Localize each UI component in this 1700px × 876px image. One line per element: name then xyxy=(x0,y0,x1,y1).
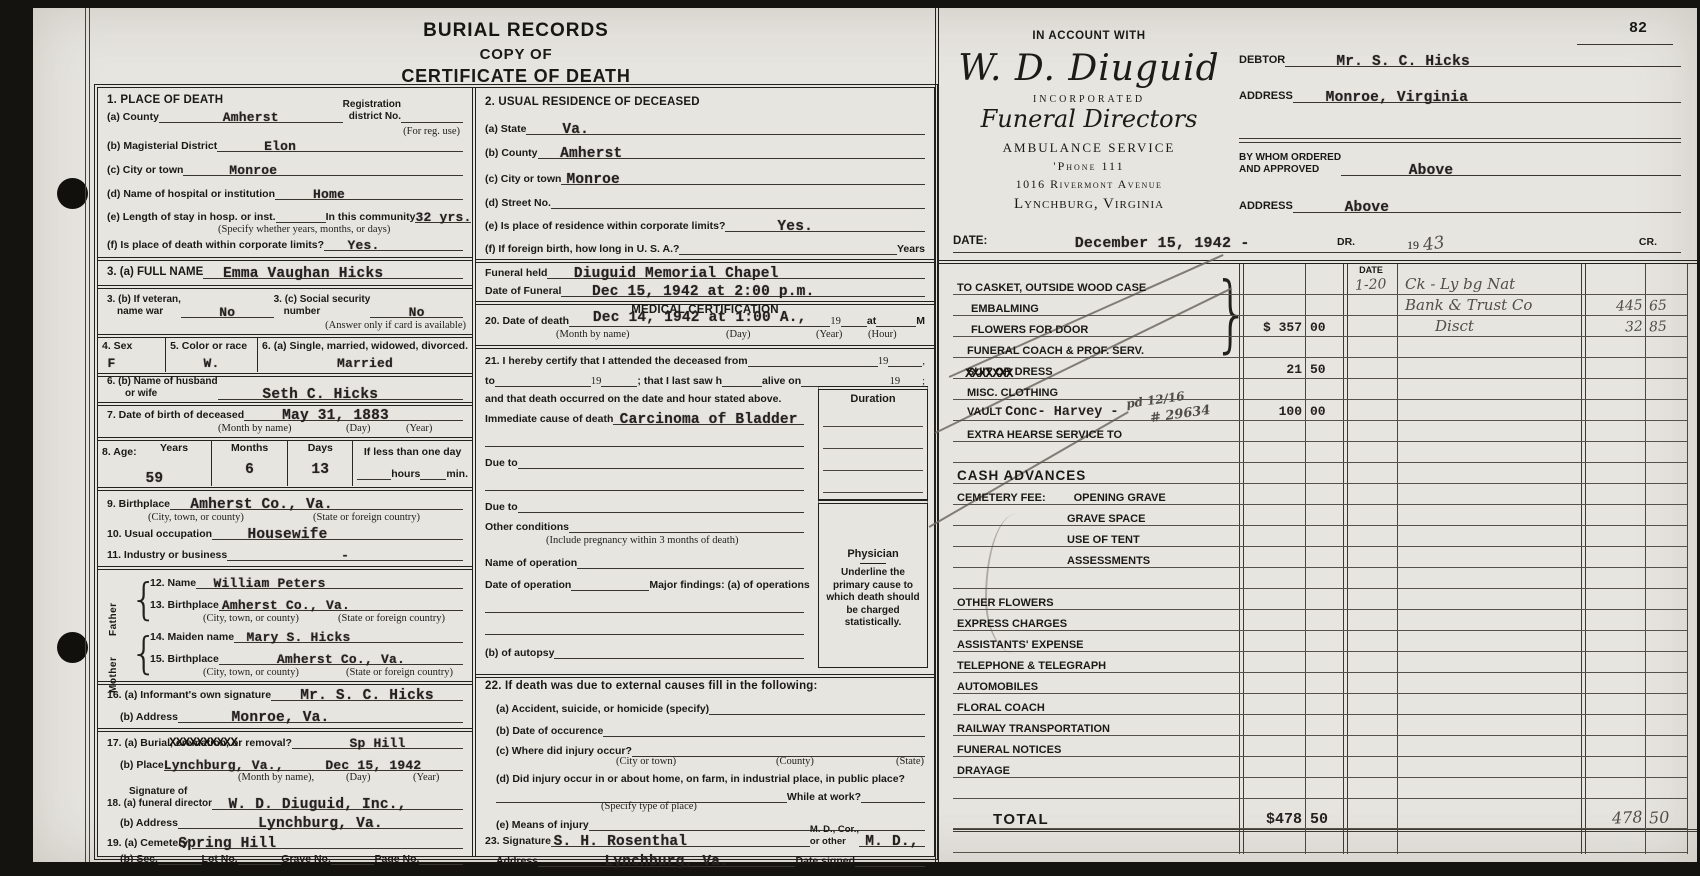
father-birthplace-value: Amherst Co., Va. xyxy=(222,598,350,613)
ledger-row xyxy=(939,442,1697,463)
while-at-work-line xyxy=(861,787,925,803)
foreign-birth-line xyxy=(679,239,897,255)
father-name-line: William Peters xyxy=(196,573,463,589)
certificate-of-death: BURIAL RECORDS COPY OF CERTIFICATE OF DE… xyxy=(95,8,937,862)
ledger-item-label: VAULT xyxy=(967,406,1002,418)
full-name-line: Emma Vaughan Hicks xyxy=(203,263,463,279)
min-line xyxy=(420,464,446,480)
date-of-birth-line: May 31, 1883 xyxy=(244,405,463,421)
physician-heading: Physician xyxy=(819,548,927,560)
duration-cell-line xyxy=(823,449,923,471)
struck-label-wrap: SUIT OR DRESSXXXXXXX xyxy=(967,366,1053,378)
foreign-birth-years-label: Years xyxy=(897,243,925,255)
county-value: Amherst xyxy=(223,110,279,125)
husband-wife-label: 6. (b) Name of husband or wife xyxy=(107,376,218,400)
means-of-injury-label: (e) Means of injury xyxy=(496,819,589,831)
md-cor-label: M. D., Cor., or other xyxy=(810,824,859,847)
ledger-row xyxy=(939,832,1697,853)
operation-name-line xyxy=(577,553,804,569)
due-to-1-row: Due to xyxy=(485,454,804,469)
operation-name-row: Name of operation xyxy=(485,554,804,569)
dr-cents-value: 00 xyxy=(1310,320,1326,335)
while-at-work-row: While at work? xyxy=(496,788,925,803)
occupation-value: Housewife xyxy=(247,527,327,543)
length-of-stay-row: (e) Length of stay in hosp. or inst. In … xyxy=(107,208,463,223)
street-no-label: (d) Street No. xyxy=(485,197,551,209)
physician-address-line: Lynchburg, Va. xyxy=(538,851,795,867)
autopsy-label: (b) of autopsy xyxy=(485,647,554,659)
md-value: M. D., xyxy=(865,834,918,850)
age-years-value: 59 xyxy=(146,471,164,487)
due-to-1-line xyxy=(518,453,804,469)
vault-typed-value: Conc- Harvey - xyxy=(1005,405,1118,420)
ledger-item xyxy=(953,852,1241,853)
ledger-row: VAULT Conc- Harvey - pd 12/16 # 29634 10… xyxy=(939,400,1697,421)
registration-label-line2: district No. xyxy=(343,111,401,123)
burial-place-label: (b) Place xyxy=(120,759,164,771)
veteran-label-line2: name war xyxy=(107,306,181,318)
race-cell: 5. Color or race W. xyxy=(166,338,258,372)
ledger-item: FLOWERS FOR DOOR xyxy=(953,324,1241,337)
ledger-item-sublabel: USE OF TENT xyxy=(1067,534,1140,546)
certify-line1-row: 21. I hereby certify that I attended the… xyxy=(485,352,925,367)
street-no-line xyxy=(551,193,925,209)
city-or-town-value: Monroe xyxy=(229,163,277,178)
informant-address-row: (b) Address Monroe, Va. xyxy=(120,708,463,723)
mother-birthplace-value: Amherst Co., Va. xyxy=(277,652,405,667)
total-label: TOTAL xyxy=(993,811,1049,828)
ledger-item: ASSESSMENTS xyxy=(953,555,1241,568)
dob-year-hint: (Year) xyxy=(406,423,432,434)
ledger-item-label: EXTRA HEARSE SERVICE TO xyxy=(967,429,1122,441)
mother-birthplace-label: 15. Birthplace xyxy=(150,653,219,665)
ledger-item: TELEPHONE & TELEGRAPH xyxy=(953,660,1241,673)
cause-of-death-label: Immediate cause of death xyxy=(485,413,613,425)
physician-address-label: Address xyxy=(496,855,538,867)
ledger-item: SUIT OR DRESSXXXXXXX xyxy=(953,366,1241,379)
injury-county-hint: (County) xyxy=(776,756,814,767)
cr-dollars xyxy=(1583,852,1645,853)
industry-value: - xyxy=(341,548,349,563)
signature-line: S. H. Rosenthal xyxy=(551,831,810,847)
full-name-label: 3. (a) FULL NAME xyxy=(107,266,203,279)
ordered-by-value: Above xyxy=(1409,163,1454,179)
incorporated-label: INCORPORATED xyxy=(939,94,1239,105)
cr-dollars: 445 xyxy=(1583,297,1645,316)
ledger-item: MISC. CLOTHING xyxy=(953,387,1241,400)
separator xyxy=(98,487,472,491)
debtor-row: DEBTOR Mr. S. C. Hicks xyxy=(1239,52,1681,67)
total-dr-dollars: $478 xyxy=(1241,810,1305,829)
other-conditions-label: Other conditions xyxy=(485,521,569,533)
dr-cents: 00 xyxy=(1305,402,1345,421)
age-years-cell: 8. Age: Years 59 xyxy=(98,440,212,486)
age-months-value: 6 xyxy=(245,462,254,478)
total-dr-cents: 50 xyxy=(1305,810,1345,829)
cr-date-value: 1-20 xyxy=(1355,276,1387,294)
certify-19b: 19 xyxy=(591,376,602,387)
birthplace-row: 9. Birthplace Amherst Co., Va. xyxy=(107,495,463,510)
ledger-item-label: AUTOMOBILES xyxy=(957,681,1038,693)
ledger-item: USE OF TENT xyxy=(953,534,1241,547)
dr-dollars: 100 xyxy=(1241,402,1305,421)
funeral-director-label: Signature of 18. (a) funeral director xyxy=(107,786,212,810)
certify-line3-label: and that death occurred on the date and … xyxy=(485,393,781,405)
duration-cell-line xyxy=(823,405,923,427)
debtor-address-value: Monroe, Virginia xyxy=(1326,90,1468,106)
state-value: Va. xyxy=(562,122,589,138)
statement-date-holder: December 15, 1942 - xyxy=(987,233,1337,248)
separator xyxy=(98,728,472,732)
registration-district-label: Registration district No. xyxy=(343,99,401,123)
ledger-item-label: TELEPHONE & TELEGRAPH xyxy=(957,660,1106,672)
dr-dollars-value: $ 357 xyxy=(1263,320,1302,335)
residence-county-row: (b) County Amherst xyxy=(485,144,925,159)
dr-dollars-value: 100 xyxy=(1279,404,1302,419)
dr-cents: 00 xyxy=(1305,318,1345,337)
ledger-row: EXTRA HEARSE SERVICE TO xyxy=(939,421,1697,442)
ledger-item-label: FLOWERS FOR DOOR xyxy=(971,324,1088,336)
sec-lot-grave-row: (b) Sec. Lot No. Grave No. Page No. xyxy=(120,850,463,865)
cemetery-row: 19. (a) Cemetery: Spring Hill xyxy=(107,834,463,849)
date-of-birth-value: May 31, 1883 xyxy=(282,408,389,424)
means-of-injury-row: (e) Means of injury xyxy=(496,816,925,831)
hospital-line: Home xyxy=(275,184,463,200)
dr-dollars xyxy=(1241,852,1305,853)
hospital-value: Home xyxy=(313,187,345,202)
dr-cents xyxy=(1305,852,1345,853)
findings-blank-row xyxy=(485,598,804,613)
residence-city-label: (c) City or town xyxy=(485,173,561,185)
ledger-row: AUTOMOBILES xyxy=(939,673,1697,694)
dod-year-hint: (Year) xyxy=(816,329,842,340)
date-of-funeral-value: Dec 15, 1942 at 2:00 p.m. xyxy=(592,284,815,300)
burial-place-line: Lynchburg, Va., xyxy=(164,755,284,771)
certify-h-line xyxy=(722,371,762,387)
fd-label-line2: 18. (a) funeral director xyxy=(107,798,212,810)
funeral-held-line: Diuguid Memorial Chapel xyxy=(547,263,925,279)
mother-birthplace-row: 15. Birthplace Amherst Co., Va. xyxy=(150,650,463,665)
occupation-label: 10. Usual occupation xyxy=(107,528,212,540)
veteran-ss-row: 3. (b) If veteran, name war No 3. (c) So… xyxy=(107,292,463,318)
separator xyxy=(476,674,934,678)
marital-status-value: Married xyxy=(337,356,393,371)
city-or-town-row: (c) City or town Monroe xyxy=(107,161,463,176)
accident-row: (a) Accident, suicide, or homicide (spec… xyxy=(496,700,925,715)
page-line xyxy=(419,849,463,865)
director-address-value: Lynchburg, Va. xyxy=(258,816,383,832)
industry-row: 11. Industry or business - xyxy=(107,546,463,561)
ledger-row: TO CASKET, OUTSIDE WOOD CASE 1-20 Ck - L… xyxy=(939,274,1697,295)
ordered-label-line2: AND APPROVED xyxy=(1239,164,1341,176)
birthplace-line: Amherst Co., Va. xyxy=(170,494,463,510)
ledger-item-label: EXPRESS CHARGES xyxy=(957,618,1067,630)
cr-dollars-value: 445 xyxy=(1616,297,1644,314)
months-col-label: Months xyxy=(216,442,284,454)
certify-line1-label: 21. I hereby certify that I attended the… xyxy=(485,355,748,367)
birthplace-value: Amherst Co., Va. xyxy=(190,497,332,513)
city-or-town-label: (c) City or town xyxy=(107,164,183,176)
other-conditions-line xyxy=(569,517,804,533)
state-label: (a) State xyxy=(485,123,526,135)
operation-date-label: Date of operation xyxy=(485,579,571,591)
community-years-value: 32 yrs. xyxy=(415,210,471,225)
separator xyxy=(476,345,934,349)
informant-row: 16. (a) Informant's own signature Mr. S.… xyxy=(107,686,463,701)
statement-date-underline xyxy=(953,252,1681,253)
ledger-item: DRAYAGE xyxy=(953,765,1241,778)
burial-date-line: Dec 15, 1942 xyxy=(284,755,463,771)
cr-cents-value: 85 xyxy=(1649,319,1668,336)
debtor-address-row: ADDRESS Monroe, Virginia xyxy=(1239,88,1681,103)
ledger-item: FLORAL COACH xyxy=(953,702,1241,715)
occupation-line: Housewife xyxy=(212,524,463,540)
veteran-label: 3. (b) If veteran, name war xyxy=(107,294,181,318)
director-address-label: (b) Address xyxy=(120,817,178,829)
injury-state-hint: (State) xyxy=(896,756,924,767)
ledger-row: GRAVE SPACE xyxy=(939,505,1697,526)
cr-cents: 65 xyxy=(1645,297,1687,316)
ledger-item-label: FUNERAL COACH & PROF. SERV. xyxy=(967,345,1144,357)
mother-maiden-row: 14. Maiden name Mary S. Hicks xyxy=(150,628,463,643)
informant-label: 16. (a) Informant's own signature xyxy=(107,689,271,701)
ledger-item: CEMETERY FEE:OPENING GRAVE xyxy=(953,492,1241,505)
residence-city-value: Monroe xyxy=(567,172,620,188)
full-name-value: Emma Vaughan Hicks xyxy=(223,266,383,282)
father-birthplace-line: Amherst Co., Va. xyxy=(219,595,463,611)
ordered-address-line: Above xyxy=(1293,197,1681,213)
corporate-limits-line: Yes. xyxy=(324,235,463,251)
mother-maiden-line: Mary S. Hicks xyxy=(234,627,463,643)
ledger-row: FLOWERS FOR DOOR $ 357 00 Disct 32 85 xyxy=(939,316,1697,337)
certify-alive-line xyxy=(801,371,889,387)
dod-hour-hint: (Hour) xyxy=(868,329,897,340)
separator xyxy=(98,285,472,289)
other-conditions-row: Other conditions xyxy=(485,518,804,533)
magisterial-district-line: Elon xyxy=(217,136,463,152)
place-type-hint: (Specify type of place) xyxy=(601,801,697,812)
cause-blank-row xyxy=(485,432,804,447)
corporate-limits-row: (f) Is place of death within corporate l… xyxy=(107,236,463,251)
hole-punch-bottom xyxy=(57,632,88,663)
social-security-label: 3. (c) Social security number xyxy=(274,294,371,318)
residence-corporate-label: (e) Is place of residence within corpora… xyxy=(485,220,725,232)
cr-date xyxy=(1345,828,1397,829)
cemetery-fee-label: CEMETERY FEE: xyxy=(957,492,1046,504)
external-causes-heading: 22. If death was due to external causes … xyxy=(485,680,925,692)
magisterial-district-label: (b) Magisterial District xyxy=(107,140,217,152)
operation-date-row: Date of operation Major findings: (a) of… xyxy=(485,576,804,591)
burial-place-row: (b) Place Lynchburg, Va., Dec 15, 1942 xyxy=(120,756,463,771)
certificate-header: BURIAL RECORDS COPY OF CERTIFICATE OF DE… xyxy=(95,8,937,87)
ledger-item-label: OTHER FLOWERS xyxy=(957,597,1054,609)
injury-home-row: (d) Did injury occur in or about home, o… xyxy=(496,770,925,785)
certify-line1-fill2 xyxy=(888,351,922,367)
ledger-row: SUIT OR DRESSXXXXXXX 21 50 xyxy=(939,358,1697,379)
ledger-item-label: ASSISTANTS' EXPENSE xyxy=(957,639,1084,651)
cr-date xyxy=(1345,852,1397,853)
residence-corporate-value: Yes. xyxy=(777,219,813,235)
father-name-value: William Peters xyxy=(214,576,326,591)
hospital-row: (d) Name of hospital or institution Home xyxy=(107,185,463,200)
operation-name-label: Name of operation xyxy=(485,557,577,569)
duration-heading: Duration xyxy=(819,390,927,405)
birthplace-city-hint: (City, town, or county) xyxy=(148,512,244,523)
ledger-table: DATE } TO CASKET, OUTSIDE WOOD CASE 1-20… xyxy=(939,260,1697,854)
ledger-row: FUNERAL NOTICES xyxy=(939,736,1697,757)
husband-wife-row: 6. (b) Name of husband or wife Seth C. H… xyxy=(107,376,463,400)
length-of-stay-label: (e) Length of stay in hosp. or inst. xyxy=(107,211,276,223)
marital-status-label: 6. (a) Single, married, widowed, divorce… xyxy=(262,340,468,352)
ledger-row: DRAYAGE xyxy=(939,757,1697,778)
cr-desc-value: Disct xyxy=(1405,317,1474,335)
dr-dollars-value: 21 xyxy=(1286,362,1302,377)
sec-label: (b) Sec. xyxy=(120,853,158,865)
findings-blank-line2 xyxy=(485,619,804,635)
duration-box: Duration xyxy=(818,386,928,500)
sec-line xyxy=(158,849,202,865)
street-address-label: 1016 Rivermont Avenue xyxy=(939,177,1239,192)
cash-advances-heading: CASH ADVANCES xyxy=(953,468,1241,484)
duration-cell-line xyxy=(823,427,923,449)
burial-label: 17. (a) Burial, cremation, or removal? X… xyxy=(107,737,292,749)
date-of-funeral-label: Date of Funeral xyxy=(485,285,561,297)
cr-dollars: 32 xyxy=(1583,318,1645,337)
statement-date-value: December 15, 1942 - xyxy=(1075,235,1250,252)
registration-label-line1: Registration xyxy=(343,99,401,111)
injury-where-label: (c) Where did injury occur? xyxy=(496,745,632,757)
funeral-held-label: Funeral held xyxy=(485,267,547,279)
sex-cell: 4. Sex F xyxy=(98,338,166,372)
certify-to-line xyxy=(495,371,591,387)
industry-line: - xyxy=(227,545,463,561)
total-cr-dollars-value: 478 xyxy=(1612,807,1643,828)
due-to-2-row: Due to xyxy=(485,498,804,513)
ledger-item-label: TO CASKET, OUTSIDE WOOD CASE xyxy=(957,282,1146,294)
ledger-item-sublabel: GRAVE SPACE xyxy=(1067,513,1145,525)
certify-line1-fill xyxy=(748,351,878,367)
grave-line xyxy=(331,849,375,865)
in-this-community-label: In this community xyxy=(326,211,416,223)
grave-label: Grave No. xyxy=(281,853,331,865)
days-col-label: Days xyxy=(292,442,348,454)
age-grid: 8. Age: Years 59 Months 6 Days 13 If les… xyxy=(98,440,472,486)
ledger-row: RAILWAY TRANSPORTATION xyxy=(939,715,1697,736)
ledger-item: OTHER FLOWERS xyxy=(953,597,1241,610)
informant-address-line: Monroe, Va. xyxy=(178,707,463,723)
veteran-line: No xyxy=(181,302,274,318)
separator xyxy=(98,566,472,570)
date-of-death-row: 20. Date of death Dec 14, 1942 at 1:00 A… xyxy=(485,312,925,327)
foreign-birth-row: (f) If foreign birth, how long in U. S. … xyxy=(485,240,925,255)
ledger-row: USE OF TENT xyxy=(939,526,1697,547)
ledger-row xyxy=(939,568,1697,589)
ledger-item: FUNERAL COACH & PROF. SERV. xyxy=(953,345,1241,358)
funeral-director-row: Signature of 18. (a) funeral director W.… xyxy=(107,784,463,810)
year-19-label: 19 43 xyxy=(1407,234,1445,254)
city-state-label: Lynchburg, Virginia xyxy=(939,196,1239,213)
burial-year-hint: (Year) xyxy=(413,772,439,783)
md-cor-line1: M. D., Cor., xyxy=(810,824,859,835)
year-19-text: 19 xyxy=(1407,238,1419,252)
title-certificate-of-death: CERTIFICATE OF DEATH xyxy=(95,66,937,87)
father-bp-city-hint: (City, town, or county) xyxy=(203,613,299,624)
ledger-item-label: FUNERAL NOTICES xyxy=(957,744,1061,756)
residence-county-label: (b) County xyxy=(485,147,538,159)
magisterial-district-row: (b) Magisterial District Elon xyxy=(107,137,463,152)
corporate-limits-value: Yes. xyxy=(348,238,380,253)
place-of-death-heading: 1. PLACE OF DEATH xyxy=(107,94,463,106)
father-bp-state-hint: (State or foreign country) xyxy=(338,613,445,624)
ledger-row: CEMETERY FEE:OPENING GRAVE xyxy=(939,484,1697,505)
birthplace-state-hint: (State or foreign country) xyxy=(313,512,420,523)
ledger-item: EMBALMING xyxy=(953,303,1241,316)
funeral-director-line: W. D. Diuguid, Inc., xyxy=(212,794,463,810)
date-of-death-label: 20. Date of death xyxy=(485,315,569,327)
cause-of-death-row: Immediate cause of death Carcinoma of Bl… xyxy=(485,410,804,425)
in-account-with-label: IN ACCOUNT WITH xyxy=(939,30,1239,42)
occurrence-date-row: (b) Date of occurence xyxy=(496,722,925,737)
dr-dollars: $ 357 xyxy=(1241,318,1305,337)
date-signed-label: Date signed xyxy=(795,855,855,867)
funeral-held-row: Funeral held Diuguid Memorial Chapel xyxy=(485,264,925,279)
injury-where-row: (c) Where did injury occur? xyxy=(496,742,925,757)
cemetery-line: Spring Hill xyxy=(192,833,463,849)
ambulance-service-label: AMBULANCE SERVICE xyxy=(939,140,1239,156)
dob-month-hint: (Month by name) xyxy=(218,423,292,434)
total-cr-cents-value: 50 xyxy=(1649,807,1670,827)
lot-line xyxy=(238,849,282,865)
burial-value: Sp Hill xyxy=(349,736,405,751)
min-label: min. xyxy=(446,468,468,480)
informant-address-label: (b) Address xyxy=(120,711,178,723)
md-line: M. D., xyxy=(859,831,925,847)
injury-city-hint: (City or town) xyxy=(616,756,676,767)
cr-date: 1-20 xyxy=(1345,276,1397,295)
while-at-work-label: While at work? xyxy=(787,791,861,803)
foreign-birth-label: (f) If foreign birth, how long in U. S. … xyxy=(485,243,679,255)
race-value: W. xyxy=(204,356,220,371)
registration-line xyxy=(401,107,463,123)
ledger-item: AUTOMOBILES xyxy=(953,681,1241,694)
father-name-label: 12. Name xyxy=(150,577,196,589)
husband-label-line2: or wife xyxy=(107,388,218,400)
certificate-right-column: 2. USUAL RESIDENCE OF DECEASED (a) State… xyxy=(476,88,934,856)
due-blank-line xyxy=(485,475,804,491)
signature-value: S. H. Rosenthal xyxy=(554,834,688,850)
account-ledger-page: 82 IN ACCOUNT WITH W. D. Diuguid INCORPO… xyxy=(935,8,1697,862)
date-of-funeral-line: Dec 15, 1942 at 2:00 p.m. xyxy=(561,281,925,297)
cr-cents-value: 65 xyxy=(1649,298,1668,315)
date-signed-line xyxy=(855,851,925,867)
debtor-label: DEBTOR xyxy=(1239,54,1285,67)
cr-desc: Bank & Trust Co xyxy=(1397,296,1583,316)
mother-birthplace-line: Amherst Co., Va. xyxy=(219,649,463,665)
cr-desc: Ck - Ly bg Nat xyxy=(1397,275,1583,295)
community-years-line: 32 yrs. xyxy=(415,207,471,223)
street-no-row: (d) Street No. xyxy=(485,194,925,209)
burial-strikeout: XXXXXXXXXX xyxy=(169,736,237,751)
ordered-address-value: Above xyxy=(1345,200,1390,216)
sex-label: 4. Sex xyxy=(102,340,161,352)
title-copy-of: COPY OF xyxy=(95,46,937,63)
due-to-2-line xyxy=(518,497,804,513)
residence-county-line: Amherst xyxy=(538,143,926,159)
social-security-value: No xyxy=(409,305,425,320)
burial-month-hint: (Month by name), xyxy=(238,772,314,783)
less-than-day-cell: If less than one day hours min. xyxy=(353,440,472,486)
ss-label-line2: number xyxy=(274,306,371,318)
